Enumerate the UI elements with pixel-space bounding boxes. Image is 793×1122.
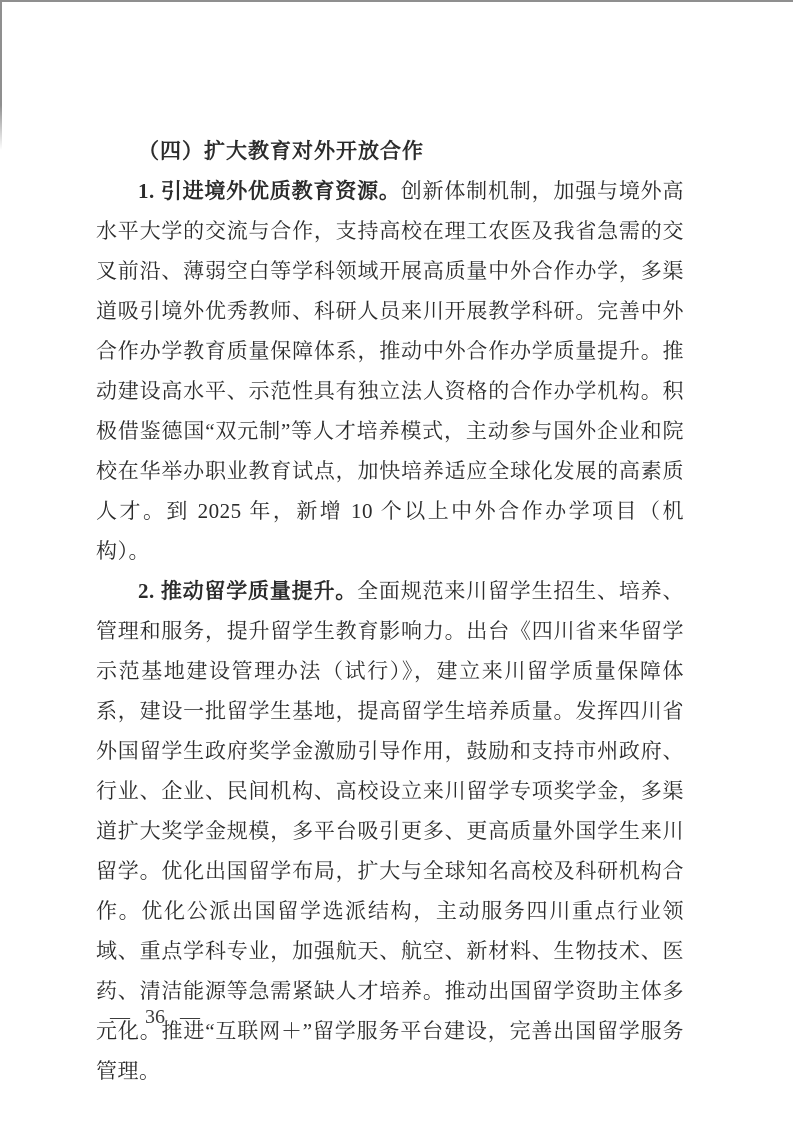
document-page: （四）扩大教育对外开放合作 1. 引进境外优质教育资源。创新体制机制，加强与境外… [0,0,793,1122]
page-footer: — 36 — [110,1006,200,1029]
scan-edge-top [0,0,793,2]
paragraph-1-lead: 1. 引进境外优质教育资源。 [138,179,401,203]
page-number: 36 [145,1006,165,1029]
paragraph-1-body: 创新体制机制，加强与境外高水平大学的交流与合作，支持高校在理工农医及我省急需的交… [96,179,684,563]
paragraph-2-lead: 2. 推动留学质量提升。 [138,579,357,603]
section-heading: （四）扩大教育对外开放合作 [96,131,684,171]
scan-edge-left [0,0,2,150]
footer-dash-right: — [180,1006,200,1029]
document-body: （四）扩大教育对外开放合作 1. 引进境外优质教育资源。创新体制机制，加强与境外… [96,131,684,1091]
paragraph-1: 1. 引进境外优质教育资源。创新体制机制，加强与境外高水平大学的交流与合作，支持… [96,171,684,571]
footer-dash-left: — [110,1006,130,1029]
